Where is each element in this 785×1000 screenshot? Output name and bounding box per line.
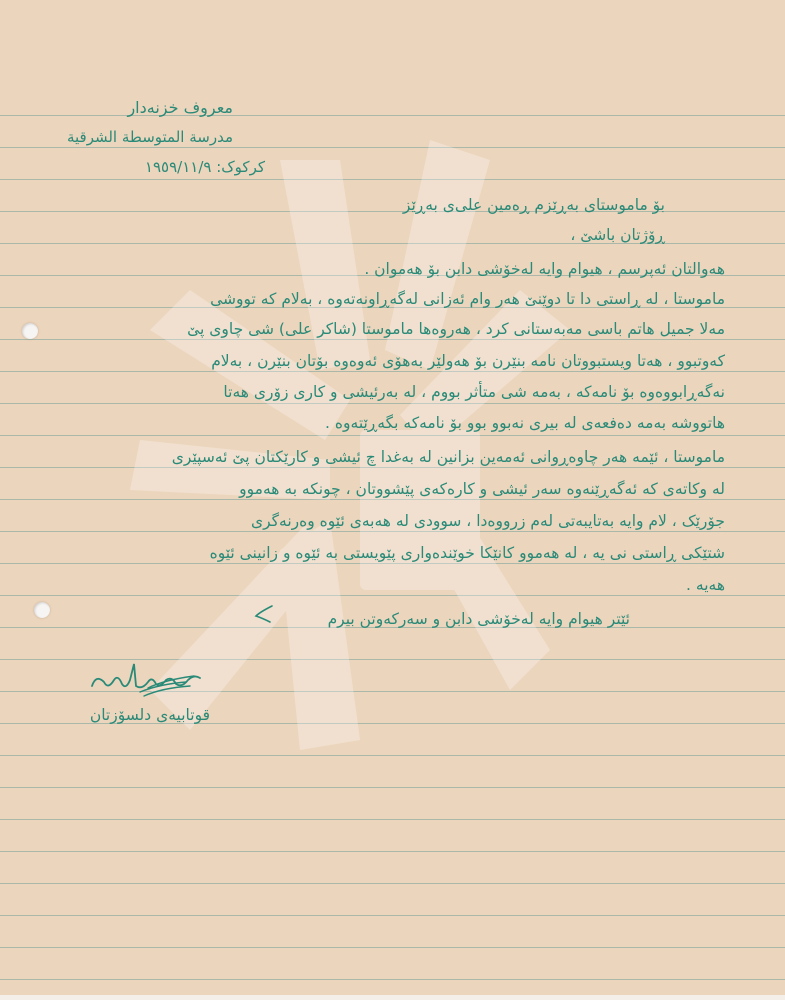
closing-line: ئێتر هیوام وایە لەخۆشی دابن و سەرکەوتن ب… — [328, 612, 630, 628]
paragraph-1-line-3: مەلا جمیل هاتم باسی مەبەستانی کرد ، هەرو… — [187, 322, 725, 338]
closing-flourish-icon — [252, 602, 274, 624]
paragraph-2-line-4: شتێکی ڕاستی نی یە ، لە هەموو کانێکا خوێن… — [210, 546, 725, 562]
ruled-line — [0, 435, 785, 436]
paragraph-1-line-4: کەوتبوو ، هەتا ویستبووتان نامە بنێرن بۆ … — [211, 354, 725, 370]
watermark-logo-icon — [130, 130, 650, 750]
ruled-line — [0, 947, 785, 948]
ruled-line — [0, 403, 785, 404]
ruled-line — [0, 147, 785, 148]
punch-hole-top — [22, 323, 38, 339]
handwritten-signature — [90, 660, 205, 700]
paragraph-1-line-5: نەگەڕابووەوە بۆ نامەکە ، بەمە شی متأثر ب… — [223, 385, 725, 401]
ruled-line — [0, 979, 785, 980]
paragraph-2-line-3: جۆرێک ، لام وایە بەتایبەتی لەم زرووەدا ،… — [251, 514, 725, 530]
ruled-line — [0, 243, 785, 244]
paragraph-2-line-2: لە وکاتەی کە ئەگەڕێنەوە سەر ئیشی و کارەک… — [239, 482, 725, 498]
letter-page: معروف خزنەدار مدرسة المتوسطة الشرقية کرک… — [0, 0, 785, 995]
ruled-line — [0, 563, 785, 564]
ruled-line — [0, 115, 785, 116]
ruled-line — [0, 211, 785, 212]
scan-bottom-edge — [0, 995, 785, 1000]
ruled-line — [0, 531, 785, 532]
punch-hole-bottom — [34, 602, 50, 618]
ruled-line — [0, 595, 785, 596]
ruled-line — [0, 915, 785, 916]
ruled-line — [0, 467, 785, 468]
paragraph-1-line-6: هاتووشە بەمە دەفعەی لە بیری نەبوو بوو بۆ… — [325, 416, 725, 432]
place-date: کرکوک: ١٩٥٩/١١/٩ — [145, 160, 265, 175]
ruled-line — [0, 851, 785, 852]
ruled-line — [0, 755, 785, 756]
school-name: مدرسة المتوسطة الشرقية — [67, 130, 233, 145]
sign-off-line: قوتابیەی دلسۆزتان — [90, 708, 210, 724]
ruled-line — [0, 371, 785, 372]
greeting-line: ڕۆژتان باشێ ، — [570, 228, 665, 244]
ruled-line — [0, 179, 785, 180]
sender-name: معروف خزنەدار — [127, 100, 233, 116]
paragraph-1-line-1: هەوالتان ئەپرسم ، هیوام وایە لەخۆشی دابن… — [364, 262, 725, 278]
paragraph-2-line-1: ماموستا ، ئێمە هەر چاوەڕوانی ئەمەین بزان… — [172, 450, 725, 466]
ruled-line — [0, 499, 785, 500]
ruled-line — [0, 339, 785, 340]
paragraph-1-line-2: ماموستا ، لە ڕاستی دا تا دوێنێ هەر وام ئ… — [210, 292, 725, 308]
ruled-line — [0, 787, 785, 788]
ruled-line — [0, 883, 785, 884]
paragraph-2-line-5: هەیە . — [686, 578, 725, 594]
ruled-line — [0, 819, 785, 820]
addressee-line: بۆ ماموستای بەڕێزم ڕەمین علی‌ی بەڕێز — [403, 198, 665, 214]
